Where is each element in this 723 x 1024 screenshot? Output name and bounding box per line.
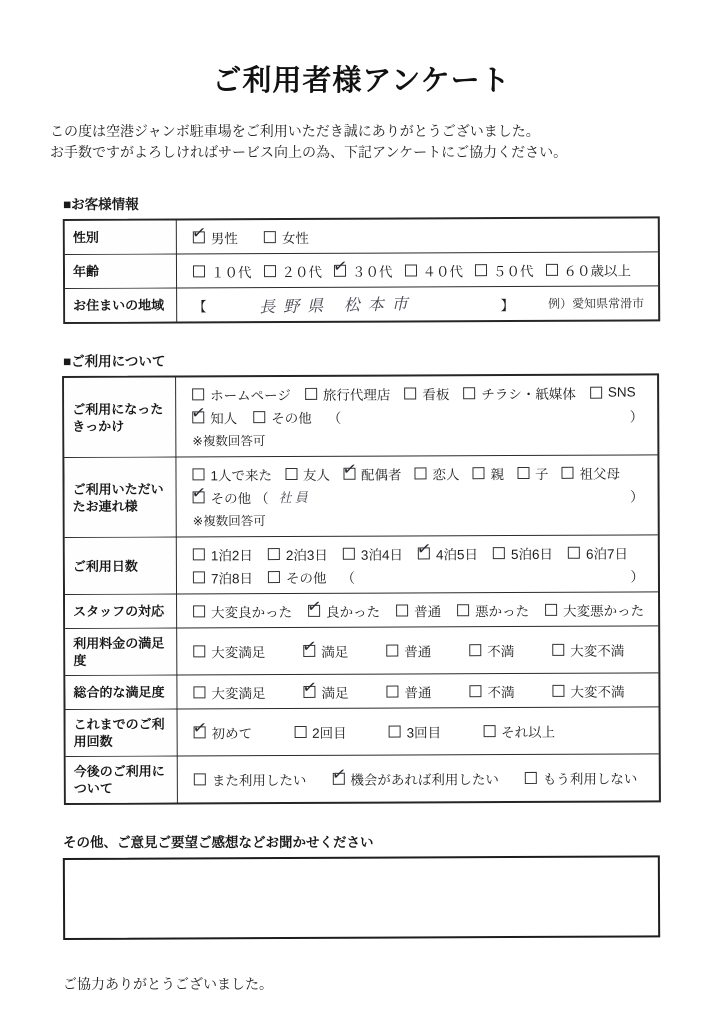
unchecked-checkbox-icon[interactable] [463,387,475,399]
checkbox-option[interactable]: 配偶者 [343,463,402,483]
checkbox-option-label: 大変不満 [570,640,624,660]
checkbox-option-label: 4泊5日 [436,543,478,563]
checked-checkbox-icon[interactable] [418,547,430,559]
checkbox-option[interactable]: 3回目 [389,721,442,741]
checkbox-option-label: ホームページ [210,384,291,404]
checkbox-option-label: 悪かった [475,599,529,619]
checked-checkbox-icon[interactable] [193,231,205,243]
unchecked-checkbox-icon[interactable] [268,548,280,560]
checkbox-option-label: ５０代 [493,259,534,279]
checkbox-option-label: ３０代 [352,260,393,280]
bracket-text: （ [328,406,342,426]
usage-option-line: 知人その他（） [192,403,643,428]
unchecked-checkbox-icon[interactable] [545,603,557,615]
checkbox-option[interactable]: 女性 [264,226,309,246]
closing-text: ご協力ありがとうございました。 [63,974,660,994]
checkbox-option-label: 普通 [404,640,431,660]
unchecked-checkbox-icon[interactable] [193,645,205,657]
bracket-text: 】 [501,294,515,314]
checkbox-option[interactable]: 初めて [194,722,253,742]
usage-option-line: ※複数回答可 [193,506,644,531]
unchecked-checkbox-icon[interactable] [568,546,580,558]
checkbox-option[interactable]: 不満 [469,640,514,660]
usage-row-content: 大変満足満足普通不満大変不満 [177,626,658,674]
customer-info-option-line: 男性女性 [193,223,644,248]
checkbox-option-label: 1人で来た [210,464,272,484]
unchecked-checkbox-icon[interactable] [493,547,505,559]
usage-row-label: 今後のご利用について [66,757,178,803]
checkbox-option[interactable]: それ以上 [483,721,555,741]
checkbox-option[interactable]: ２０代 [263,260,322,280]
checkbox-option[interactable]: ４０代 [404,260,463,280]
checkbox-option[interactable]: 1泊2日 [193,544,253,564]
usage-row: ご利用日数1泊2日2泊3日3泊4日4泊5日5泊6日6泊7日7泊8日その他（） [65,534,658,594]
unchecked-checkbox-icon[interactable] [469,644,481,656]
unchecked-checkbox-icon[interactable] [193,548,205,560]
unchecked-checkbox-icon[interactable] [561,466,573,478]
checked-checkbox-icon[interactable] [194,726,206,738]
unchecked-checkbox-icon[interactable] [483,725,495,737]
checkbox-option-label: 知人 [210,407,237,427]
unchecked-checkbox-icon[interactable] [294,726,306,738]
unchecked-checkbox-icon[interactable] [193,265,205,277]
unchecked-checkbox-icon[interactable] [545,263,557,275]
usage-row-content: 1泊2日2泊3日3泊4日4泊5日5泊6日6泊7日7泊8日その他（） [177,535,658,593]
checkbox-option-label: 1泊2日 [211,544,253,564]
usage-option-line: ホームページ旅行代理店看板チラシ・紙媒体SNS [192,380,643,405]
unchecked-checkbox-icon[interactable] [404,387,416,399]
bracket-text: 【 [193,295,207,315]
usage-row: ご利用いただいたお連れ様1人で来た友人配偶者恋人親子祖父母その他（社員）※複数回… [64,454,657,537]
checkbox-option[interactable]: その他 [253,406,312,426]
checkbox-option-label: 男性 [211,227,238,247]
checkbox-option[interactable]: 普通 [386,681,431,701]
customer-info-row-label: お住まいの地域 [65,289,177,322]
checked-checkbox-icon[interactable] [193,491,205,503]
usage-row-label: これまでのご利用回数 [66,710,178,756]
usage-row-label: 利用料金の満足度 [65,629,177,675]
survey-sheet: ご利用者様アンケート この度は空港ジャンボ駐車場をご利用いただき誠にありがとうご… [0,0,723,1024]
unchecked-checkbox-icon[interactable] [469,685,481,697]
checkbox-option-label: 6泊7日 [586,542,628,562]
comments-heading: その他、ご意見ご要望ご感想などお聞かせください [63,831,660,851]
spacer [321,495,626,496]
checkbox-option-label: その他 [271,406,312,426]
section-heading-customer-info: ■お客様情報 [63,193,660,213]
unchecked-checkbox-icon[interactable] [264,231,276,243]
checkbox-option[interactable]: 悪かった [457,599,529,619]
checkbox-option-label: １０代 [211,261,252,281]
checkbox-option[interactable]: 不満 [469,681,514,701]
checkbox-option-label: 満足 [321,641,348,661]
bracket-text: （ [341,566,355,586]
unchecked-checkbox-icon[interactable] [193,686,205,698]
unchecked-checkbox-icon[interactable] [253,411,265,423]
unchecked-checkbox-icon[interactable] [268,571,280,583]
checkbox-option[interactable]: 普通 [386,640,431,660]
bracket-text: （ [255,487,269,507]
checkbox-option[interactable]: 6泊7日 [568,542,628,562]
checked-checkbox-icon[interactable] [303,685,315,697]
section-heading-usage: ■ご利用について [63,350,660,370]
usage-row: 総合的な満足度大変満足満足普通不満大変不満 [65,672,658,709]
spacer [357,415,613,416]
usage-row-content: 大変良かった良かった普通悪かった大変悪かった [177,592,658,627]
checkbox-option[interactable]: 旅行代理店 [305,383,391,403]
checkbox-option-label: 大変満足 [211,641,265,661]
unchecked-checkbox-icon[interactable] [263,265,275,277]
checkbox-option[interactable]: 親 [472,463,504,483]
checked-checkbox-icon[interactable] [192,411,204,423]
checkbox-option-label: チラシ・紙媒体 [481,382,576,402]
unchecked-checkbox-icon[interactable] [414,467,426,479]
checkbox-option-label: 5泊6日 [511,542,553,562]
unchecked-checkbox-icon[interactable] [525,772,537,784]
checkbox-option-label: もう利用しない [543,767,638,787]
checkbox-option[interactable]: 3泊4日 [343,543,403,563]
bracket-text: ） [630,405,644,425]
checkbox-option[interactable]: 友人 [285,463,330,483]
unchecked-checkbox-icon[interactable] [192,468,204,480]
checked-checkbox-icon[interactable] [303,645,315,657]
checkbox-option[interactable]: 良かった [308,600,380,620]
unchecked-checkbox-icon[interactable] [517,466,529,478]
usage-row-content: 初めて2回目3回目それ以上 [178,707,659,755]
usage-option-line: ※複数回答可 [192,426,643,451]
checkbox-option[interactable]: ３０代 [334,260,393,280]
checkbox-option[interactable]: 2泊3日 [268,543,328,563]
customer-info-row-label: 年齢 [65,255,177,288]
usage-row-label: ご利用日数 [65,538,177,594]
usage-row: 利用料金の満足度大変満足満足普通不満大変不満 [65,625,658,675]
checkbox-option[interactable]: 男性 [193,227,238,247]
unchecked-checkbox-icon[interactable] [192,388,204,400]
unchecked-checkbox-icon[interactable] [193,605,205,617]
checked-checkbox-icon[interactable] [334,264,346,276]
checkbox-option[interactable]: ５０代 [475,259,534,279]
checkbox-option-label: 2泊3日 [286,543,328,563]
checked-checkbox-icon[interactable] [332,773,344,785]
unchecked-checkbox-icon[interactable] [194,773,206,785]
customer-info-row: 性別男性女性 [65,218,658,254]
unchecked-checkbox-icon[interactable] [552,644,564,656]
checkbox-option[interactable]: また利用したい [194,769,307,789]
checkbox-option[interactable]: その他 [268,566,327,586]
usage-row-content: ホームページ旅行代理店看板チラシ・紙媒体SNS知人その他（）※複数回答可 [176,375,657,456]
customer-info-row-content: １０代２０代３０代４０代５０代６０歳以上 [177,252,658,287]
usage-row-label: ご利用いただいたお連れ様 [64,458,176,537]
customer-info-option-line: 【長野県 松本市】例）愛知県常滑市 [193,291,644,316]
customer-info-option-line: １０代２０代３０代４０代５０代６０歳以上 [193,257,644,282]
customer-info-row-label: 性別 [65,221,177,254]
handwriting-area[interactable]: 長野県 松本市 [227,292,481,316]
intro-text: この度は空港ジャンボ駐車場をご利用いただき誠にありがとうございました。 お手数で… [50,121,723,163]
comments-box[interactable] [63,855,660,940]
handwritten-region-text: 長野県 松本市 [252,291,421,318]
checkbox-option[interactable]: 子 [517,462,549,482]
checkbox-option[interactable]: １０代 [193,261,252,281]
usage-row-label: 総合的な満足度 [65,676,177,709]
checked-checkbox-icon[interactable] [308,604,320,616]
checkbox-option[interactable]: 4泊5日 [418,543,478,563]
checkbox-option[interactable]: チラシ・紙媒体 [463,382,576,402]
checkbox-option[interactable]: 看板 [404,383,449,403]
usage-option-line: 初めて2回目3回目それ以上 [194,719,645,744]
usage-row: スタッフの対応大変良かった良かった普通悪かった大変悪かった [65,591,658,628]
checkbox-option[interactable]: 満足 [303,641,348,661]
checkbox-option[interactable]: 満足 [303,681,348,701]
usage-option-line: 大変満足満足普通不満大変不満 [193,638,644,663]
usage-row: 今後のご利用についてまた利用したい機会があれば利用したいもう利用しない [66,753,659,803]
checkbox-option[interactable]: その他 [193,487,252,507]
unchecked-checkbox-icon[interactable] [386,645,398,657]
checkbox-option-label: 良かった [326,600,380,620]
checkbox-option-label: 配偶者 [361,463,402,483]
multi-answer-note: ※複数回答可 [193,511,266,529]
checkbox-option-label: ２０代 [281,260,322,280]
checkbox-option-label: 普通 [404,681,431,701]
checkbox-option[interactable]: 祖父母 [561,462,620,482]
checkbox-option[interactable]: 7泊8日 [193,567,253,587]
usage-option-line: 1人で来た友人配偶者恋人親子祖父母 [192,460,643,485]
unchecked-checkbox-icon[interactable] [475,264,487,276]
checkbox-option-label: 満足 [321,681,348,701]
unchecked-checkbox-icon[interactable] [343,547,355,559]
page-title: ご利用者様アンケート [0,0,723,99]
checkbox-option[interactable]: 知人 [192,407,237,427]
checkbox-option-label: 大変満足 [211,682,265,702]
checkbox-option-label: ４０代 [422,260,463,280]
checkbox-option[interactable]: 2回目 [294,722,347,742]
checkbox-option[interactable]: 大変良かった [193,601,292,621]
checkbox-option-label: 7泊8日 [211,567,253,587]
unchecked-checkbox-icon[interactable] [193,571,205,583]
checkbox-option[interactable]: ６０歳以上 [545,259,631,279]
usage-option-line: 大変良かった良かった普通悪かった大変悪かった [193,597,644,622]
checkbox-option-label: それ以上 [501,721,555,741]
unchecked-checkbox-icon[interactable] [305,387,317,399]
bracket-text: ） [630,565,644,585]
checkbox-option-label: 大変不満 [570,680,624,700]
intro-line-2: お手数ですがよろしければサービス向上の為、下記アンケートにご協力ください。 [50,142,723,163]
checkbox-option[interactable]: 大変悪かった [545,599,644,619]
usage-row-content: また利用したい機会があれば利用したいもう利用しない [178,754,659,802]
unchecked-checkbox-icon[interactable] [386,685,398,697]
checkbox-option-label: 3泊4日 [361,543,403,563]
checkbox-option-label: また利用したい [212,769,307,789]
usage-row-content: 1人で来た友人配偶者恋人親子祖父母その他（社員）※複数回答可 [176,455,657,536]
handwritten-text: 社員 [272,487,316,507]
customer-info-row-content: 男性女性 [177,218,658,253]
checkbox-option-label: 不満 [487,681,514,701]
customer-info-table: 性別男性女性年齢１０代２０代３０代４０代５０代６０歳以上お住まいの地域【長野県 … [63,216,660,324]
checkbox-option[interactable]: 恋人 [414,463,459,483]
checkbox-option[interactable]: 5泊6日 [493,542,553,562]
checkbox-option[interactable]: 機会があれば利用したい [332,768,499,789]
checkbox-option-label: 祖父母 [579,462,620,482]
checkbox-option-label: 大変良かった [211,601,292,621]
unchecked-checkbox-icon[interactable] [396,604,408,616]
checkbox-option[interactable]: SNS [590,384,636,399]
unchecked-checkbox-icon[interactable] [457,604,469,616]
checkbox-option-label: 初めて [212,722,253,742]
checkbox-option[interactable]: 1人で来た [192,464,272,484]
unchecked-checkbox-icon[interactable] [404,264,416,276]
checkbox-option-label: 子 [535,462,549,482]
intro-line-1: この度は空港ジャンボ駐車場をご利用いただき誠にありがとうございました。 [50,121,723,142]
checkbox-option-label: 大変悪かった [563,599,644,619]
multi-answer-note: ※複数回答可 [192,431,265,449]
checkbox-option-label: 機会があれば利用したい [350,768,499,789]
checkbox-option-label: 女性 [282,226,309,246]
checkbox-option[interactable]: 大変不満 [552,640,624,660]
checkbox-option[interactable]: 大変満足 [193,682,265,702]
usage-row-label: ご利用になったきっかけ [64,378,176,457]
customer-info-row: 年齢１０代２０代３０代４０代５０代６０歳以上 [65,251,658,288]
checkbox-option-label: 友人 [303,463,330,483]
customer-info-row: お住まいの地域【長野県 松本市】例）愛知県常滑市 [65,285,658,322]
spacer [370,575,615,576]
checkbox-option-label: ６０歳以上 [563,259,631,279]
checked-checkbox-icon[interactable] [343,467,355,479]
usage-option-line: また利用したい機会があれば利用したいもう利用しない [194,766,645,791]
checkbox-option-label: 看板 [422,383,449,403]
checkbox-option[interactable]: 普通 [396,600,441,620]
usage-row-content: 大変満足満足普通不満大変不満 [177,673,658,708]
unchecked-checkbox-icon[interactable] [590,386,602,398]
checkbox-option-label: その他 [286,566,327,586]
usage-row-label: スタッフの対応 [65,595,177,628]
example-text: 例）愛知県常滑市 [548,294,644,311]
checkbox-option-label: 不満 [487,640,514,660]
bracket-text: ） [630,485,644,505]
usage-option-line: 1泊2日2泊3日3泊4日4泊5日5泊6日6泊7日 [193,540,644,565]
unchecked-checkbox-icon[interactable] [389,726,401,738]
unchecked-checkbox-icon[interactable] [285,467,297,479]
checkbox-option-label: SNS [608,384,636,399]
checkbox-option-label: 3回目 [407,721,442,741]
checkbox-option[interactable]: 大変満足 [193,641,265,661]
customer-info-row-content: 【長野県 松本市】例）愛知県常滑市 [177,286,658,321]
usage-option-line: その他（社員） [193,483,644,508]
checkbox-option-label: 旅行代理店 [323,383,391,403]
unchecked-checkbox-icon[interactable] [472,467,484,479]
checkbox-option-label: その他 [211,487,252,507]
usage-option-line: 7泊8日その他（） [193,563,644,588]
checkbox-option-label: 2回目 [312,722,347,742]
usage-row: ご利用になったきっかけホームページ旅行代理店看板チラシ・紙媒体SNS知人その他（… [64,375,657,457]
usage-table: ご利用になったきっかけホームページ旅行代理店看板チラシ・紙媒体SNS知人その他（… [62,373,661,805]
usage-option-line: 大変満足満足普通不満大変不満 [193,678,644,703]
checkbox-option[interactable]: ホームページ [192,384,291,404]
checkbox-option[interactable]: もう利用しない [525,767,638,787]
checkbox-option-label: 恋人 [432,463,459,483]
checkbox-option[interactable]: 大変不満 [552,680,624,700]
checkbox-option-label: 普通 [414,600,441,620]
unchecked-checkbox-icon[interactable] [552,684,564,696]
usage-row: これまでのご利用回数初めて2回目3回目それ以上 [66,706,659,756]
checkbox-option-label: 親 [490,463,504,483]
